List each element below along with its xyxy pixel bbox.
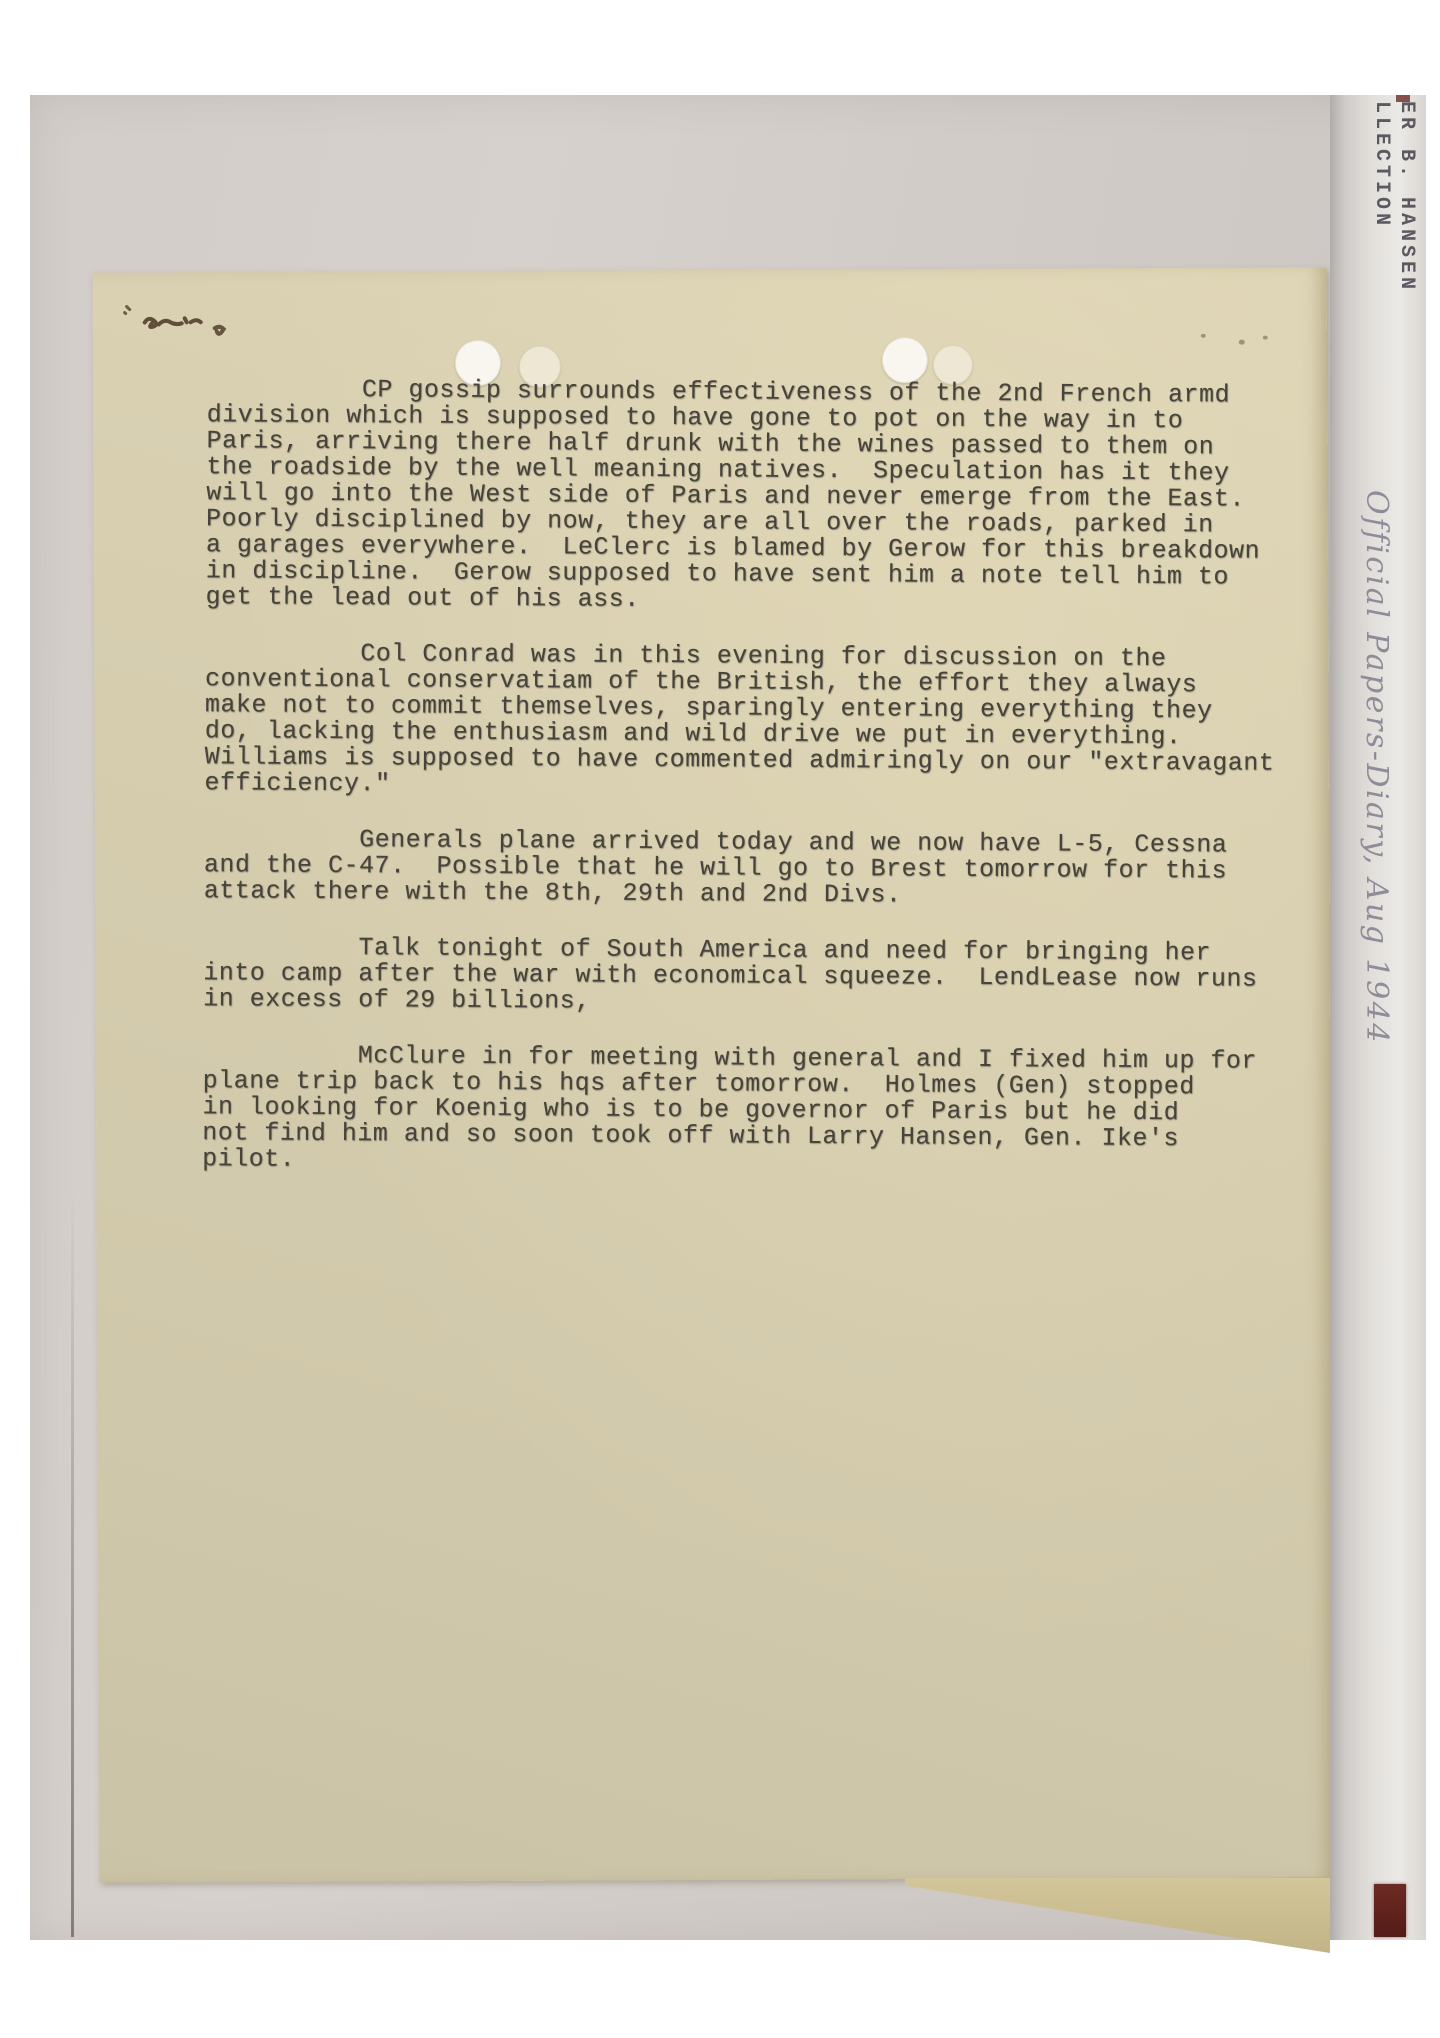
diary-page: CP gossip surrounds effectiveness of the…: [92, 267, 1333, 1882]
maroon-folder-edge-bottom: [1374, 1884, 1406, 1937]
typed-text-block: CP gossip surrounds effectiveness of the…: [202, 376, 1337, 1209]
protruding-sheet-corner: [905, 1878, 1330, 1953]
punch-hole: [882, 337, 928, 383]
paragraph-south-america: Talk tonight of South America and need f…: [203, 934, 1333, 1019]
paragraph-mcclure: McClure in for meeting with general and …: [202, 1042, 1333, 1179]
stamp-collection-line: LLECTION: [1370, 101, 1393, 293]
pencil-scribble: [123, 300, 263, 341]
stamp-name-line: ER B. HANSEN: [1395, 101, 1418, 293]
screenshot-root: { "doc": { "description": "Typewritten d…: [0, 0, 1440, 2038]
handwritten-side-label: Official Papers-Diary, Aug 1944: [1359, 490, 1394, 1045]
photo-crease-line: [71, 1185, 74, 1937]
maroon-folder-edge-top: [1396, 95, 1410, 102]
pencil-dot: [1201, 334, 1206, 338]
collection-stamp: ER B. HANSEN LLECTION: [1368, 101, 1420, 293]
paragraph-col-conrad: Col Conrad was in this evening for discu…: [204, 640, 1335, 803]
paragraph-generals-plane: Generals plane arrived today and we now …: [204, 826, 1334, 911]
photograph-of-document: CP gossip surrounds effectiveness of the…: [30, 95, 1422, 1940]
paragraph-cp-gossip: CP gossip surrounds effectiveness of the…: [206, 376, 1337, 617]
archival-label-strip: ER B. HANSEN LLECTION Official Papers-Di…: [1330, 95, 1426, 1940]
pencil-dot: [1239, 340, 1245, 345]
pencil-dot: [1263, 336, 1268, 340]
